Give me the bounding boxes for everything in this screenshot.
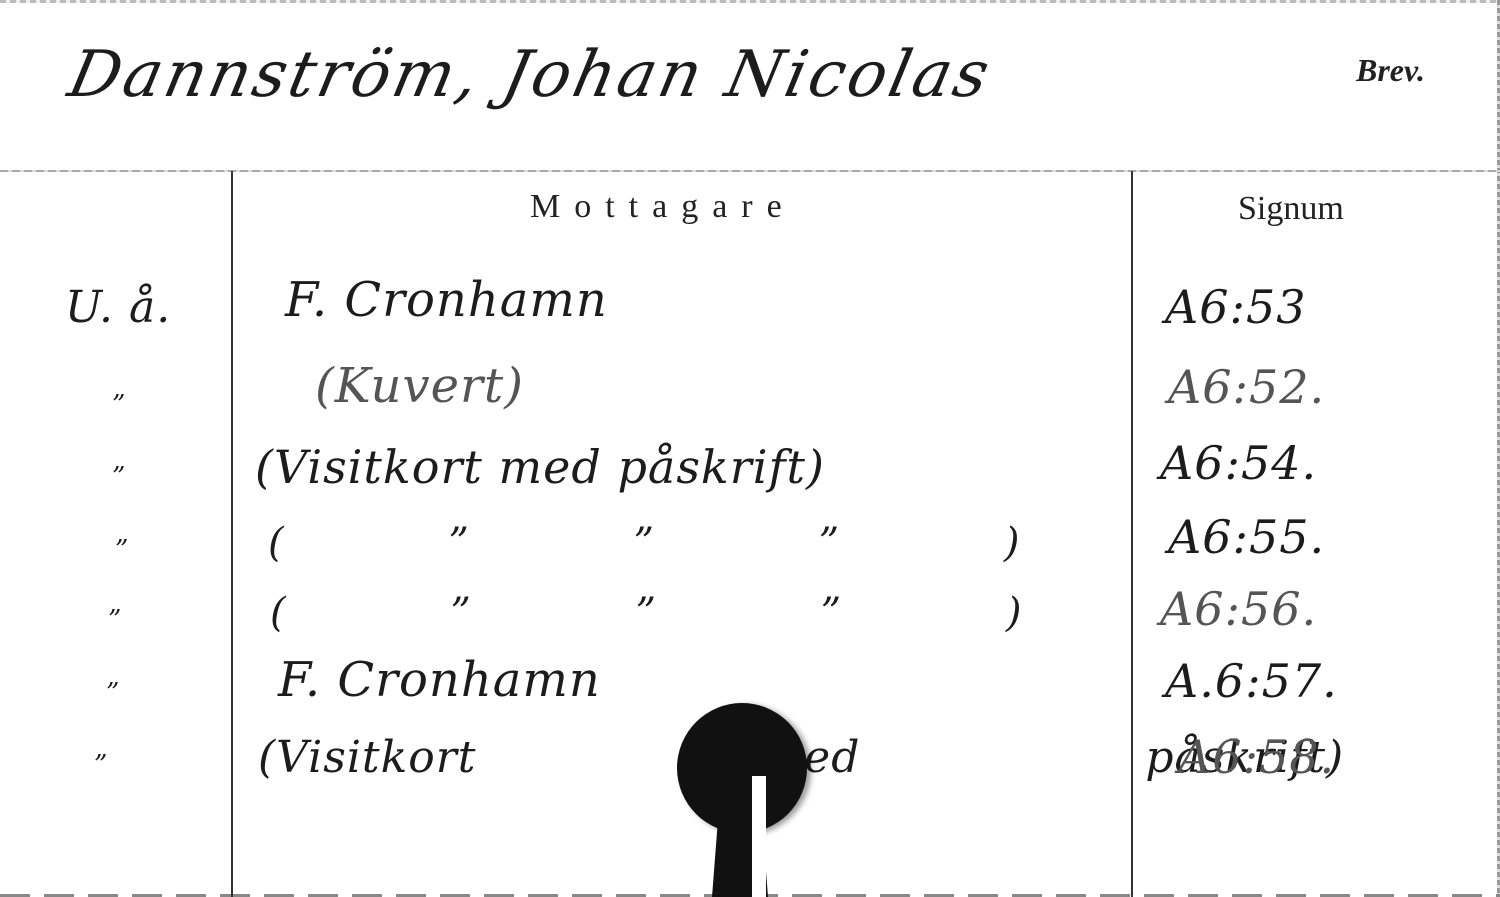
row-signum: A6:54. xyxy=(1160,436,1317,490)
row-recipient: F. Cronhamn xyxy=(285,272,608,328)
person-name: Dannström, Johan Nicolas xyxy=(62,38,998,112)
row-date: U. å. xyxy=(65,282,171,333)
row-signum: A6:55. xyxy=(1168,510,1325,564)
row-signum: A6:58. xyxy=(1178,730,1335,784)
row-recipient: (Visitkort med påskrift) xyxy=(255,440,825,494)
row-signum: A6:53 xyxy=(1165,280,1307,334)
row-recipient: F. Cronhamn xyxy=(278,652,601,708)
signum-column-header: Signum xyxy=(1238,190,1344,228)
row-date: ” xyxy=(108,605,122,635)
row-recipient: ( ” ” ” ) xyxy=(268,520,1020,566)
date-column-divider xyxy=(231,171,233,897)
row-signum: A6:52. xyxy=(1168,360,1325,414)
card-top-edge xyxy=(0,0,1500,3)
row-date: ” xyxy=(112,390,126,420)
signum-column-divider xyxy=(1131,171,1133,897)
row-recipient: ( ” ” ” ) xyxy=(270,590,1022,636)
keyhole-punch-gap xyxy=(752,776,766,897)
row-date: ” xyxy=(94,750,108,780)
recipient-column-header: Mottagare xyxy=(530,188,796,226)
row-signum: A6:56. xyxy=(1160,582,1317,636)
row-date: ” xyxy=(112,462,126,492)
row-date: ” xyxy=(106,678,120,708)
category-label: Brev. xyxy=(1356,52,1425,89)
row-recipient: (Kuvert) xyxy=(315,358,524,414)
row-date: ” xyxy=(115,535,129,565)
header-divider xyxy=(0,170,1500,172)
index-card: Dannström, Johan Nicolas Brev. Mottagare… xyxy=(0,0,1500,897)
row-signum: A.6:57. xyxy=(1165,654,1338,708)
